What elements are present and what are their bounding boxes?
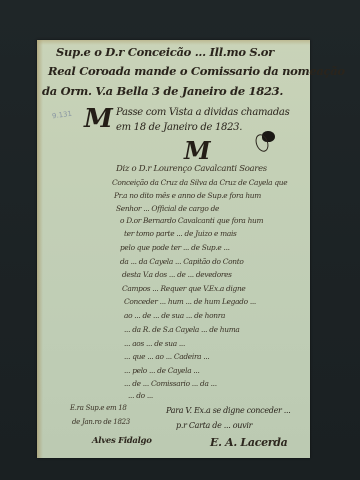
signature-right: E. A. Lacerda xyxy=(210,436,288,449)
header-line-3: da Orm. V.a Bella 3 de Janeiro de 1823. xyxy=(42,84,283,98)
body-line: Conceição da Cruz da Silva da Cruz de Ca… xyxy=(112,178,287,187)
body-line: ... de ... Comissario ... da ... xyxy=(124,379,217,388)
body-line: desta V.a dos ... de ... devedores xyxy=(122,270,232,279)
signature-left: Alves Fidalgo xyxy=(92,436,152,446)
body-line: Pr.a no dito mês e anno de Sup.e fora hu… xyxy=(114,191,261,200)
margin-note-line-1: E.ra Sup.e em 18 xyxy=(70,404,127,412)
endorsement-line-2: em 18 de Janeiro de 1823. xyxy=(116,122,242,133)
body-line: o D.or Bernardo Cavalcanti que fora hum xyxy=(120,216,263,225)
body-line: pelo que pode ter ... de Sup.e ... xyxy=(120,243,230,252)
body-line: Senhor ... Official de cargo de xyxy=(116,204,219,213)
body-line: ter tomo parte ... de Juizo e mais xyxy=(124,229,237,238)
second-initial-m: M xyxy=(184,136,211,165)
endorsement-initial-m: M xyxy=(84,104,113,134)
body-line: Diz o D.r Lourenço Cavalcanti Soares xyxy=(116,164,267,174)
closing-line-2: p.r Carta de ... ouvir xyxy=(176,421,252,430)
header-line-1: Sup.e o D.r Conceicão ... Ill.mo S.or xyxy=(56,45,274,59)
body-line: ... da R. de S.a Cayela ... de huma xyxy=(124,325,240,334)
body-line: da ... da Cayela ... Capitão do Conto xyxy=(120,257,244,266)
endorsement-line-1: Passe com Vista a dividas chamadas xyxy=(116,107,289,118)
body-line: ... que ... ao ... Cadeira ... xyxy=(124,352,209,361)
header-line-2: Real Coroada mande o Comissario da nomea… xyxy=(48,64,345,78)
body-line: ... pelo ... de Cayela ... xyxy=(124,366,200,375)
body-line: Conceder ... hum ... de hum Legado ... xyxy=(124,297,256,306)
body-line: ... aos ... de sua ... xyxy=(124,339,185,348)
closing-line-1: Para V. Ex.a se digne conceder ... xyxy=(166,406,291,415)
body-line: ... do ... xyxy=(128,391,153,400)
margin-note-line-2: de Jan.ro de 1823 xyxy=(72,418,130,426)
body-line: ao ... de ... de sua ... de honra xyxy=(124,311,225,320)
body-line: Campos ... Requer que V.Ex.a digne xyxy=(122,284,246,293)
